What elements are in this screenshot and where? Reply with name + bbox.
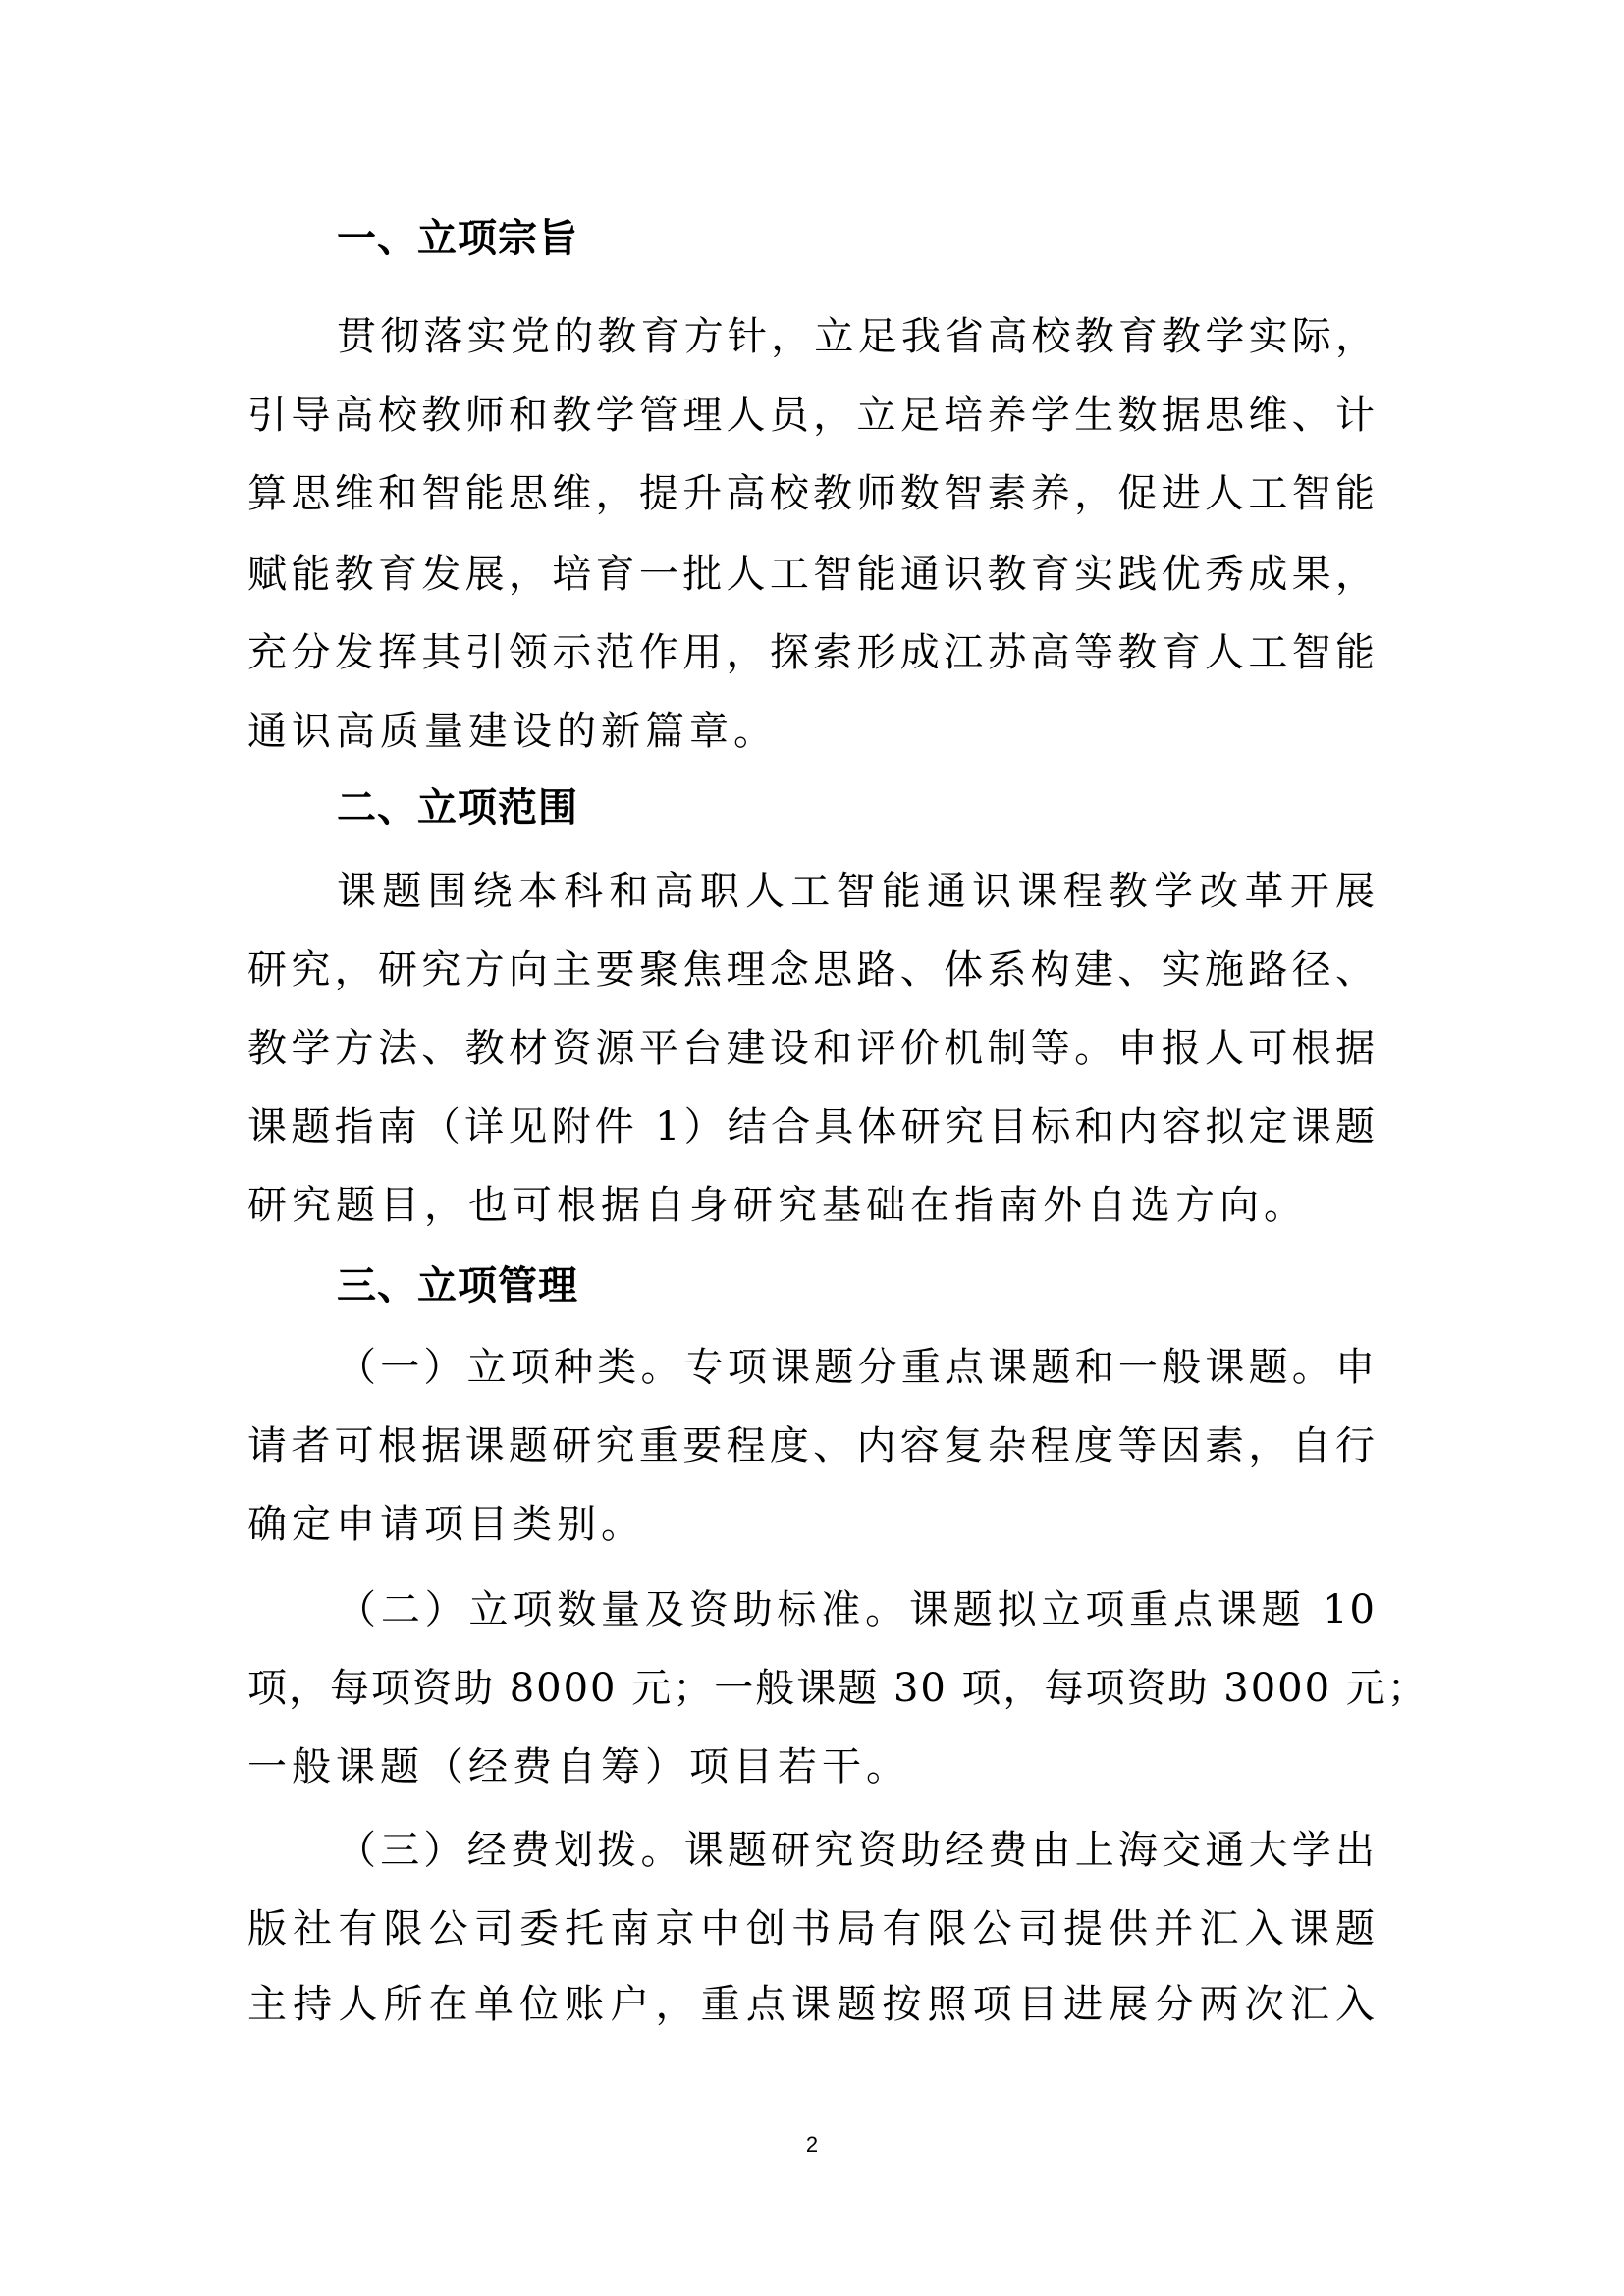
paragraph-line: 请者可根据课题研究重要程度、内容复杂程度等因素，自行 [247, 1416, 1377, 1475]
paragraph-line: 贯彻落实党的教育方针，立足我省高校教育教学实际， [337, 307, 1377, 366]
paragraph-line: 研究，研究方向主要聚焦理念思路、体系构建、实施路径、 [247, 940, 1377, 999]
paragraph-line: 研究题目，也可根据自身研究基础在指南外自选方向。 [247, 1176, 1377, 1235]
paragraph-line: 充分发挥其引领示范作用，探索形成江苏高等教育人工智能 [247, 623, 1377, 682]
paragraph-line: 课题围绕本科和高职人工智能通识课程教学改革开展 [337, 862, 1377, 921]
paragraph-line: 课题指南（详见附件 1）结合具体研究目标和内容拟定课题 [247, 1097, 1377, 1156]
paragraph-line: 引导高校教师和教学管理人员，立足培养学生数据思维、计 [247, 386, 1377, 445]
paragraph-line: 主持人所在单位账户，重点课题按照项目进展分两次汇入 [247, 1975, 1377, 2034]
paragraph-line: 通识高质量建设的新篇章。 [247, 702, 1377, 761]
paragraph-line: （三）经费划拨。课题研究资助经费由上海交通大学出 [337, 1821, 1377, 1880]
section-heading-scope: 二、立项范围 [337, 778, 578, 837]
paragraph-line: 赋能教育发展，培育一批人工智能通识教育实践优秀成果， [247, 545, 1377, 604]
paragraph-line: 确定申请项目类别。 [247, 1495, 1377, 1554]
paragraph-line: 教学方法、教材资源平台建设和评价机制等。申报人可根据 [247, 1019, 1377, 1078]
paragraph-line: 算思维和智能思维，提升高校教师数智素养，促进人工智能 [247, 464, 1377, 523]
document-page: 一、立项宗旨 贯彻落实党的教育方针，立足我省高校教育教学实际， 引导高校教师和教… [0, 0, 1624, 2296]
paragraph-line: （二）立项数量及资助标准。课题拟立项重点课题 10 [337, 1580, 1377, 1639]
paragraph-line: 项，每项资助 8000 元；一般课题 30 项，每项资助 3000 元； [247, 1659, 1377, 1718]
paragraph-line: （一）立项种类。专项课题分重点课题和一般课题。申 [337, 1338, 1377, 1397]
section-heading-management: 三、立项管理 [337, 1256, 578, 1315]
paragraph-line: 一般课题（经费自筹）项目若干。 [247, 1737, 1377, 1796]
page-number: 2 [0, 2132, 1624, 2158]
paragraph-line: 版社有限公司委托南京中创书局有限公司提供并汇入课题 [247, 1899, 1377, 1958]
section-heading-purpose: 一、立项宗旨 [337, 209, 578, 268]
